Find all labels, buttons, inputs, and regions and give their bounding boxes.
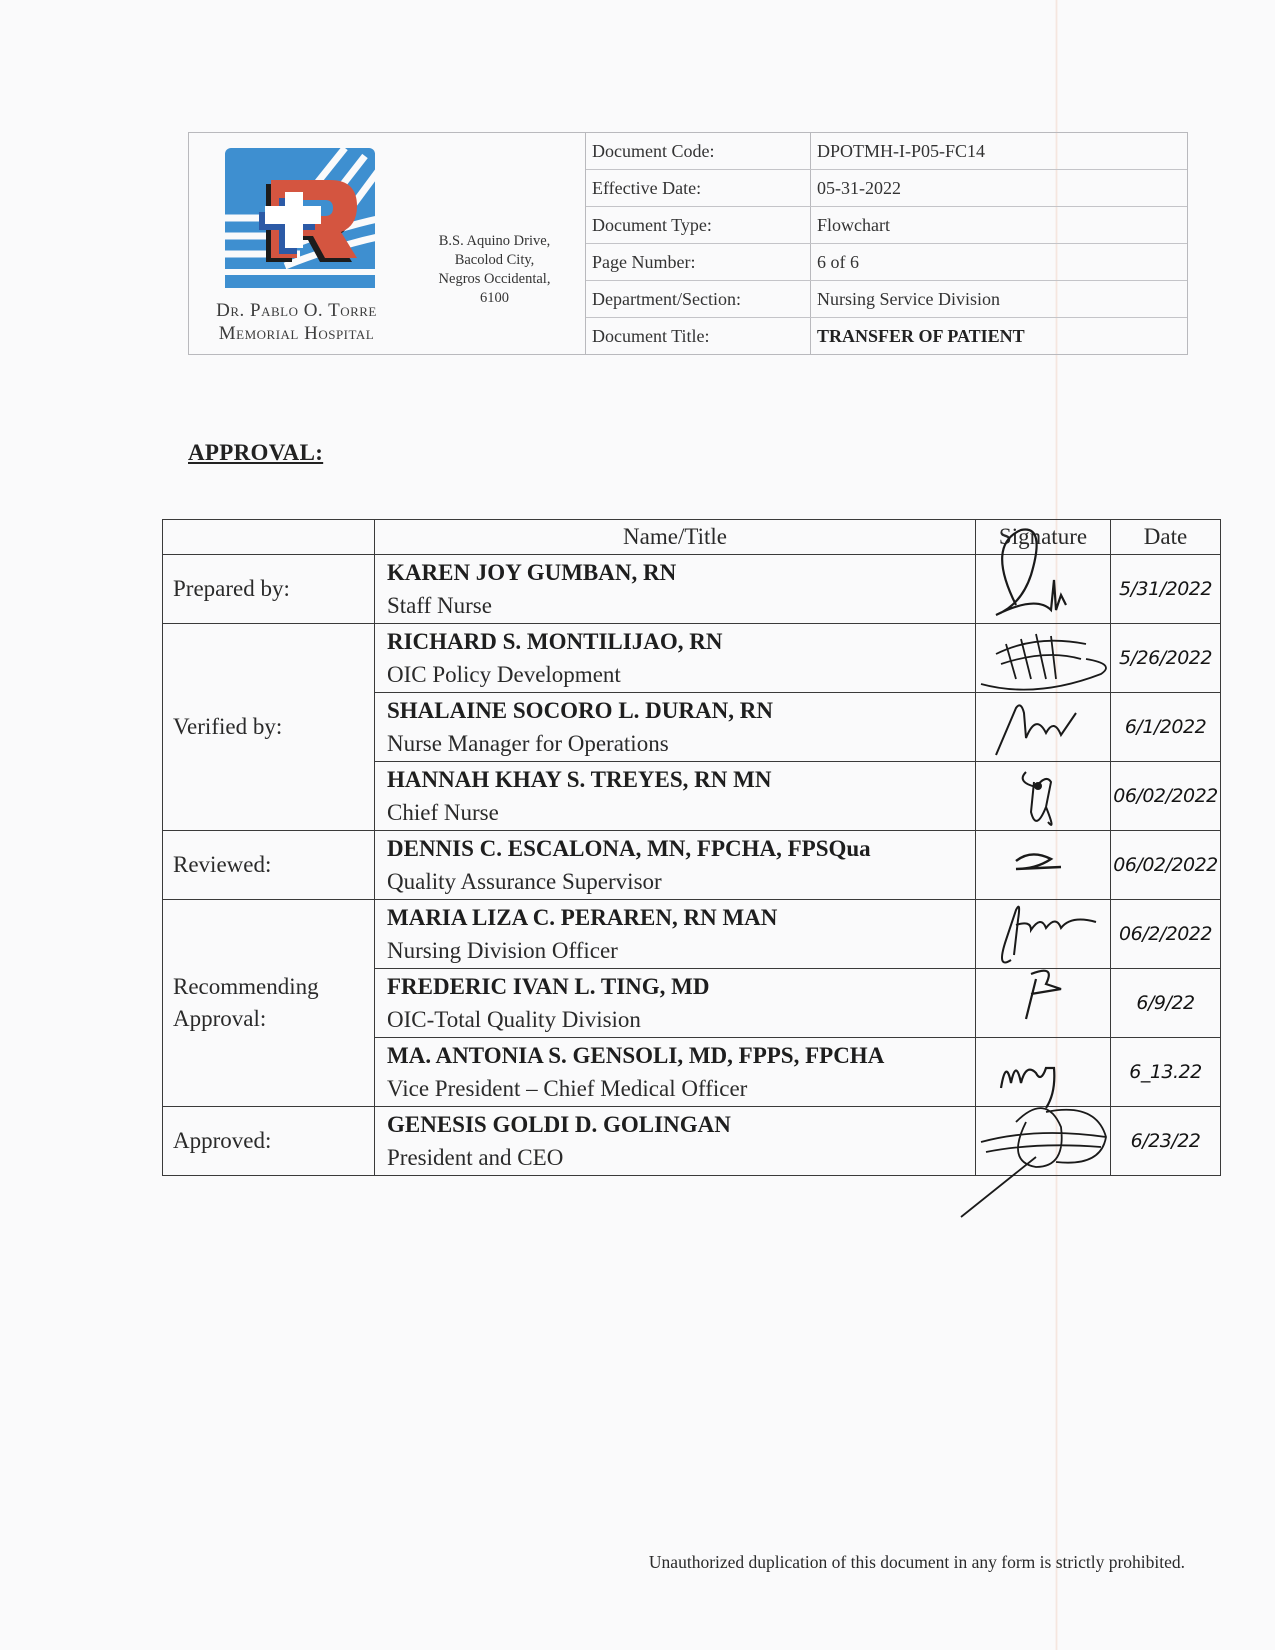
approval-table-header: Name/Title Signature Date [163, 520, 1221, 555]
page-number-value: 6 of 6 [811, 244, 1187, 280]
effective-date-row: Effective Date: 05-31-2022 [586, 170, 1187, 207]
signatory-title: OIC-Total Quality Division [387, 1004, 975, 1036]
signature-peraren-icon [976, 900, 1111, 968]
signature-cell [976, 693, 1111, 762]
approval-row: Approved:GENESIS GOLDI D. GOLINGANPresid… [163, 1107, 1221, 1176]
document-title-row: Document Title: TRANSFER OF PATIENT [586, 318, 1187, 354]
signatory-name: HANNAH KHAY S. TREYES, RN MN [387, 763, 975, 797]
signatory-name-title: KAREN JOY GUMBAN, RNStaff Nurse [375, 555, 976, 624]
department-row: Department/Section: Nursing Service Divi… [586, 281, 1187, 318]
document-code-value: DPOTMH-I-P05-FC14 [811, 133, 1187, 169]
signature-cell [976, 831, 1111, 900]
signature-date: 06/02/2022 [1111, 762, 1221, 831]
document-header: Dr. Pablo O. Torre Memorial Hospital B.S… [188, 132, 1188, 355]
approval-category: Recommending Approval: [163, 900, 375, 1107]
address-line: Bacolod City, [407, 251, 582, 270]
approval-category: Reviewed: [163, 831, 375, 900]
effective-date-value: 05-31-2022 [811, 170, 1187, 206]
page-number-label: Page Number: [586, 244, 811, 280]
signatory-name-title: HANNAH KHAY S. TREYES, RN MNChief Nurse [375, 762, 976, 831]
document-type-label: Document Type: [586, 207, 811, 243]
hospital-identity: Dr. Pablo O. Torre Memorial Hospital B.S… [189, 133, 586, 354]
approval-category: Prepared by: [163, 555, 375, 624]
signature-cell [976, 762, 1111, 831]
approval-row: Recommending Approval:MARIA LIZA C. PERA… [163, 900, 1221, 969]
signature-date: 6/9/22 [1111, 969, 1221, 1038]
approval-row: Prepared by:KAREN JOY GUMBAN, RNStaff Nu… [163, 555, 1221, 624]
document-title-value: TRANSFER OF PATIENT [811, 318, 1187, 354]
page-number-row: Page Number: 6 of 6 [586, 244, 1187, 281]
signature-cell [976, 1038, 1111, 1107]
name-title-column-header: Name/Title [375, 520, 976, 555]
approval-heading: APPROVAL: [188, 440, 323, 466]
signatory-title: President and CEO [387, 1142, 975, 1174]
signatory-name-title: MA. ANTONIA S. GENSOLI, MD, FPPS, FPCHAV… [375, 1038, 976, 1107]
signature-date: 5/26/2022 [1111, 624, 1221, 693]
category-column-header [163, 520, 375, 555]
signature-cell [976, 555, 1111, 624]
signature-date: 6/1/2022 [1111, 693, 1221, 762]
signature-cell [976, 1107, 1111, 1176]
signatory-name-title: FREDERIC IVAN L. TING, MDOIC-Total Quali… [375, 969, 976, 1038]
signature-escalona-icon [976, 831, 1111, 899]
hospital-name-line2: Memorial Hospital [189, 322, 404, 345]
document-type-row: Document Type: Flowchart [586, 207, 1187, 244]
signatory-title: Nursing Division Officer [387, 935, 975, 967]
signature-ting-icon [976, 969, 1111, 1037]
signature-date: 6/23/22 [1111, 1107, 1221, 1176]
approval-table: Name/Title Signature Date Prepared by:KA… [162, 519, 1221, 1176]
address-line: Negros Occidental, [407, 270, 582, 289]
signatory-name-title: MARIA LIZA C. PERAREN, RN MANNursing Div… [375, 900, 976, 969]
signatory-name: KAREN JOY GUMBAN, RN [387, 556, 975, 590]
signatory-title: Vice President – Chief Medical Officer [387, 1073, 975, 1105]
signatory-title: Nurse Manager for Operations [387, 728, 975, 760]
document-code-row: Document Code: DPOTMH-I-P05-FC14 [586, 133, 1187, 170]
signatory-name-title: SHALAINE SOCORO L. DURAN, RNNurse Manage… [375, 693, 976, 762]
signature-cell [976, 624, 1111, 693]
signature-gumban-icon [976, 555, 1111, 623]
address-line: B.S. Aquino Drive, [407, 232, 582, 251]
signature-date: 06/2/2022 [1111, 900, 1221, 969]
signature-gensoli-icon [976, 1038, 1111, 1106]
signatory-name: MA. ANTONIA S. GENSOLI, MD, FPPS, FPCHA [387, 1039, 975, 1073]
approval-category: Approved: [163, 1107, 375, 1176]
signatory-title: Staff Nurse [387, 590, 975, 622]
effective-date-label: Effective Date: [586, 170, 811, 206]
signatory-name-title: RICHARD S. MONTILIJAO, RNOIC Policy Deve… [375, 624, 976, 693]
hospital-name-line1: Dr. Pablo O. Torre [189, 299, 404, 322]
signature-cell [976, 900, 1111, 969]
signatory-name: FREDERIC IVAN L. TING, MD [387, 970, 975, 1004]
signatory-title: Chief Nurse [387, 797, 975, 829]
hospital-logo-cross-r-icon [225, 148, 382, 298]
signature-treyes-icon [976, 762, 1111, 830]
approval-row: Reviewed:DENNIS C. ESCALONA, MN, FPCHA, … [163, 831, 1221, 900]
signatory-name: DENNIS C. ESCALONA, MN, FPCHA, FPSQua [387, 832, 975, 866]
signatory-name: SHALAINE SOCORO L. DURAN, RN [387, 694, 975, 728]
department-label: Department/Section: [586, 281, 811, 317]
approval-category: Verified by: [163, 624, 375, 831]
signature-date: 6_13.22 [1111, 1038, 1221, 1107]
signature-duran-icon [976, 693, 1111, 761]
signature-montilijao-icon [976, 624, 1111, 692]
hospital-name: Dr. Pablo O. Torre Memorial Hospital [189, 299, 404, 345]
signatory-name-title: DENNIS C. ESCALONA, MN, FPCHA, FPSQuaQua… [375, 831, 976, 900]
signatory-name-title: GENESIS GOLDI D. GOLINGANPresident and C… [375, 1107, 976, 1176]
signatory-title: Quality Assurance Supervisor [387, 866, 975, 898]
approval-row: Verified by:RICHARD S. MONTILIJAO, RNOIC… [163, 624, 1221, 693]
signature-cell [976, 969, 1111, 1038]
signatory-name: GENESIS GOLDI D. GOLINGAN [387, 1108, 975, 1142]
signatory-title: OIC Policy Development [387, 659, 975, 691]
signature-date: 5/31/2022 [1111, 555, 1221, 624]
document-code-label: Document Code: [586, 133, 811, 169]
document-title-label: Document Title: [586, 318, 811, 354]
signatory-name: RICHARD S. MONTILIJAO, RN [387, 625, 975, 659]
date-column-header: Date [1111, 520, 1221, 555]
signature-golingan-icon [976, 1107, 1111, 1175]
hospital-address: B.S. Aquino Drive, Bacolod City, Negros … [407, 232, 582, 308]
address-line: 6100 [407, 289, 582, 308]
signatory-name: MARIA LIZA C. PERAREN, RN MAN [387, 901, 975, 935]
signature-date: 06/02/2022 [1111, 831, 1221, 900]
signature-column-header: Signature [976, 520, 1111, 555]
footer-notice: Unauthorized duplication of this documen… [649, 1552, 1185, 1573]
department-value: Nursing Service Division [811, 281, 1187, 317]
document-info-table: Document Code: DPOTMH-I-P05-FC14 Effecti… [586, 133, 1187, 354]
document-type-value: Flowchart [811, 207, 1187, 243]
